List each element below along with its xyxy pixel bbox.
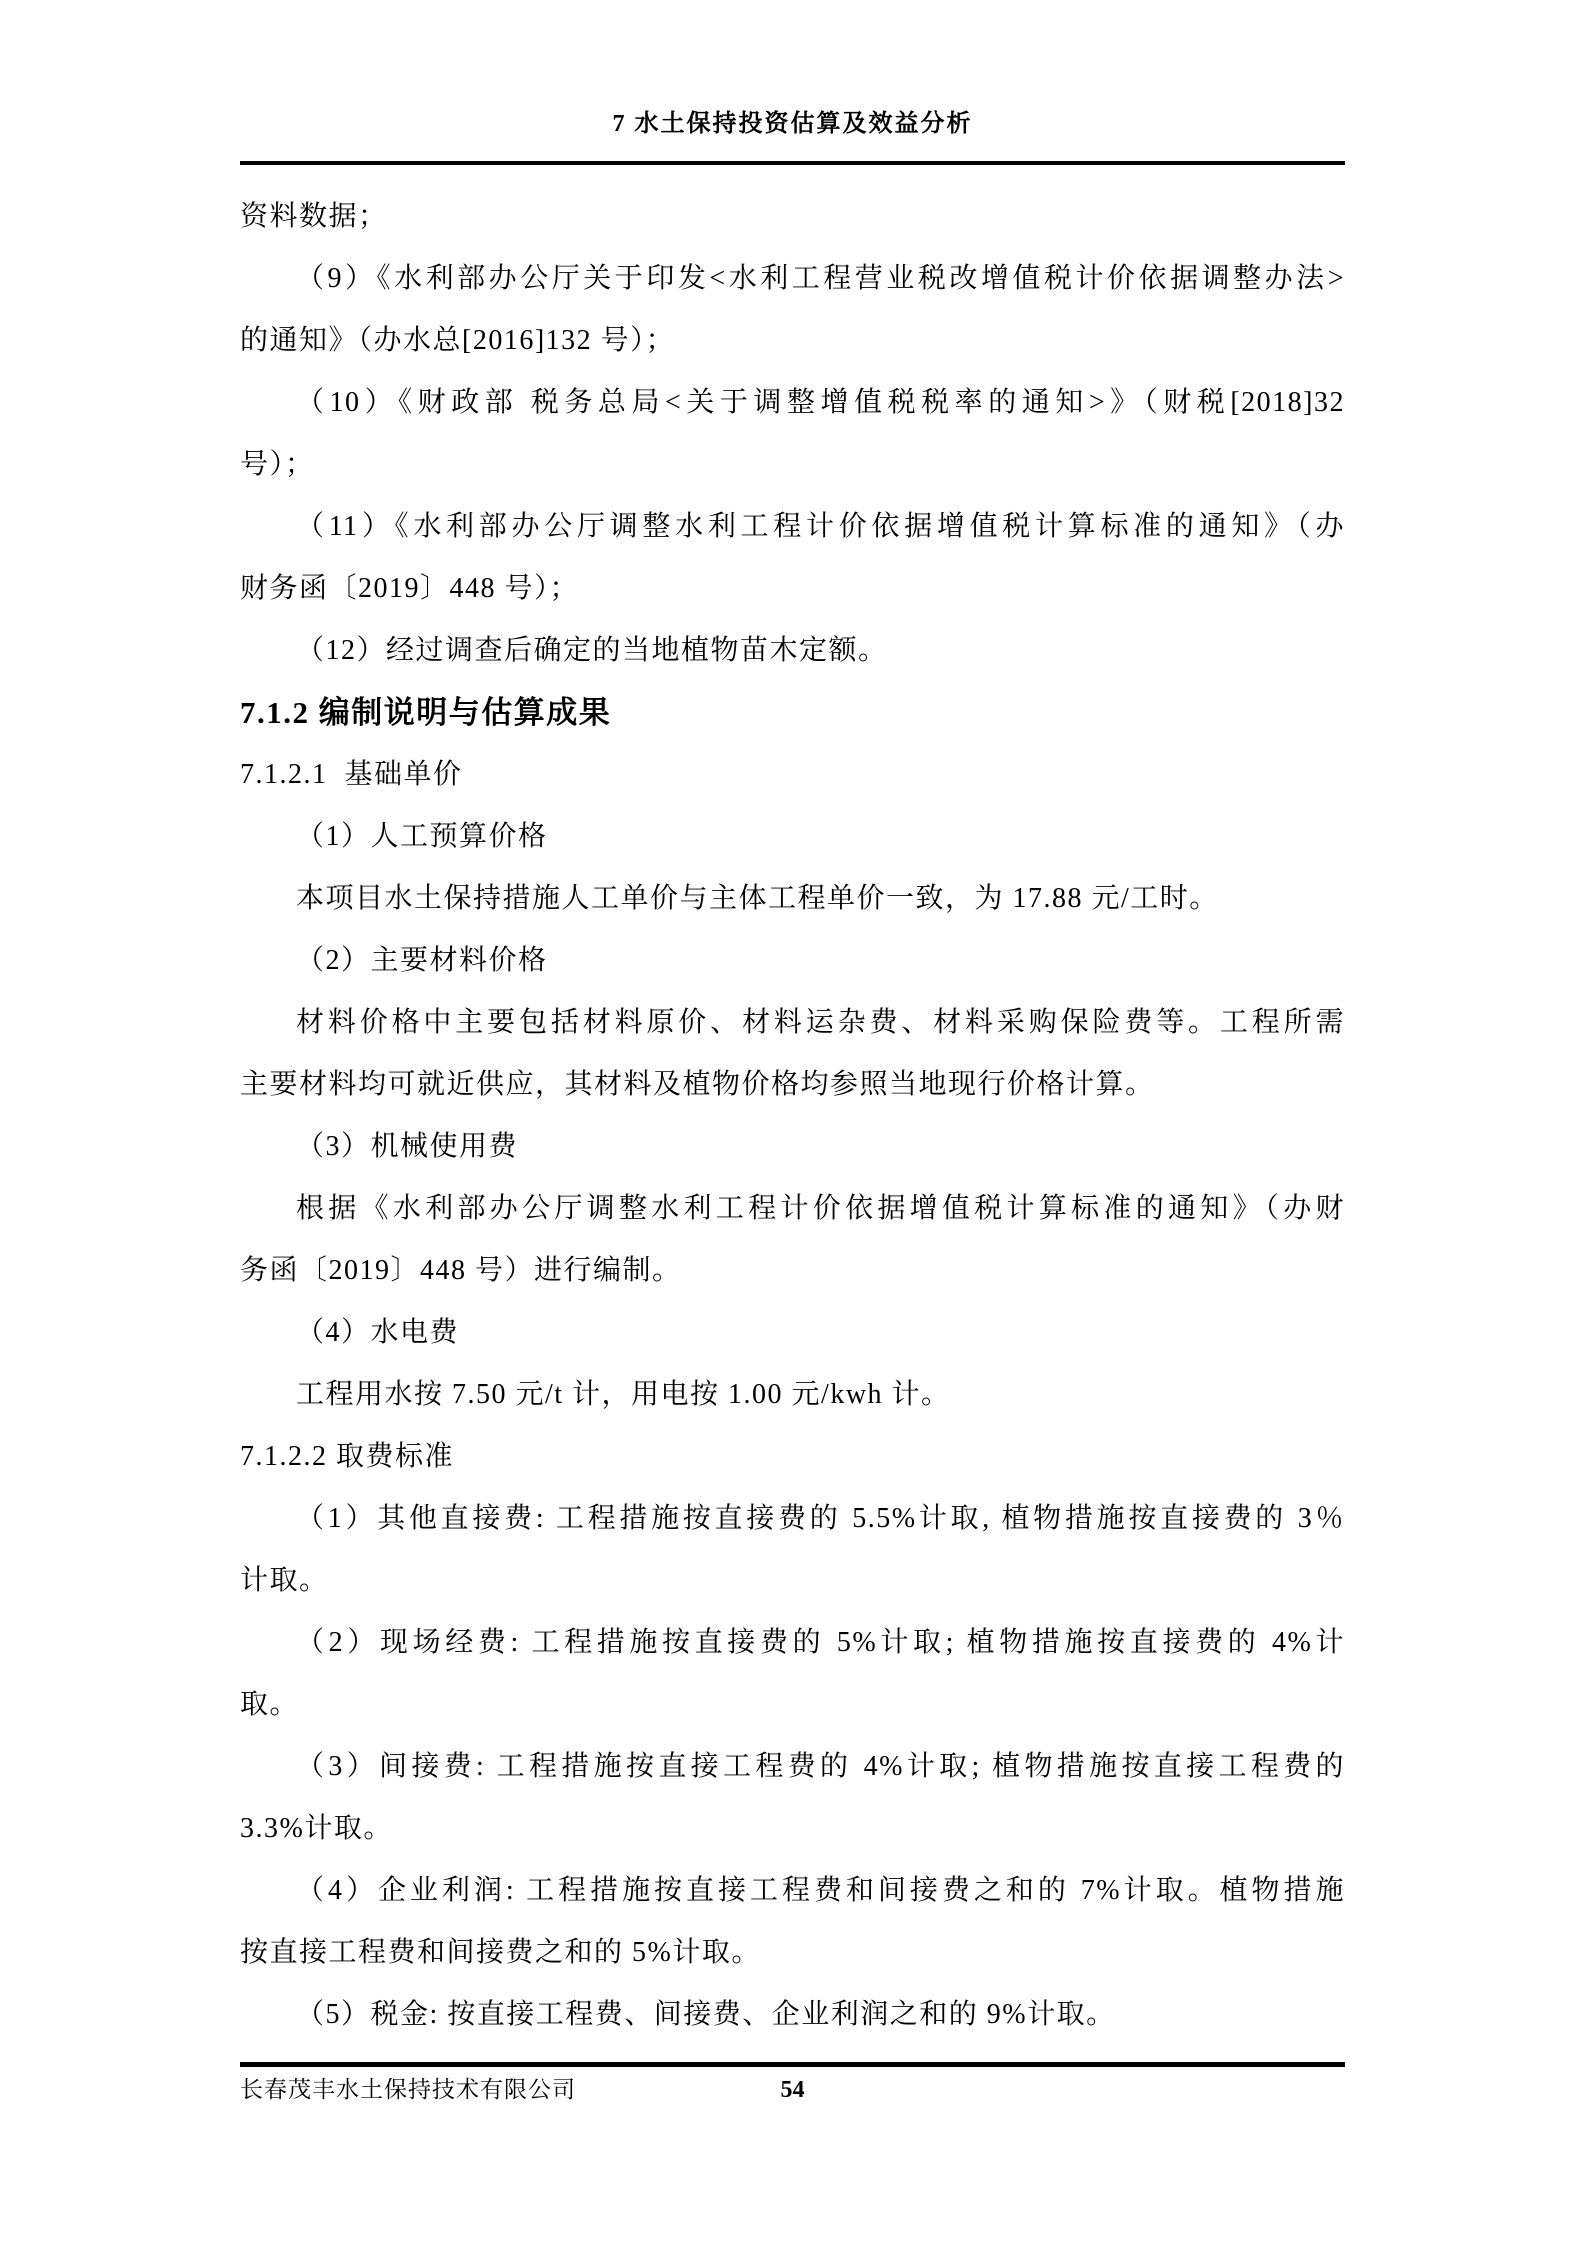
text-line: （9）《水利部办公厅关于印发<水利工程营业税改增值税计价依据调整办法> [240, 248, 1345, 310]
section-heading: 7.1.2 编制说明与估算成果 [240, 682, 1345, 744]
text-line: （1）其他直接费: 工程措施按直接费的 5.5%计取, 植物措施按直接费的 3％ [240, 1488, 1345, 1550]
text-line: （1）人工预算价格 [240, 806, 1345, 868]
document-page: 7 水土保持投资估算及效益分析 资料数据；（9）《水利部办公厅关于印发<水利工程… [0, 0, 1587, 2245]
text-line: 的通知》（办水总[2016]132 号）； [240, 310, 1345, 372]
footer-divider [240, 2062, 1345, 2067]
section-heading: 7.1.2.1 基础单价 [240, 744, 1345, 806]
text-line: 3.3%计取。 [240, 1798, 1345, 1860]
text-line: 务函〔2019〕448 号）进行编制。 [240, 1240, 1345, 1302]
text-line: 根据《水利部办公厅调整水利工程计价依据增值税计算标准的通知》（办财 [240, 1178, 1345, 1240]
text-line: 材料价格中主要包括材料原价、材料运杂费、材料采购保险费等。工程所需 [240, 992, 1345, 1054]
text-line: 主要材料均可就近供应，其材料及植物价格均参照当地现行价格计算。 [240, 1054, 1345, 1116]
text-line: （5）税金: 按直接工程费、间接费、企业利润之和的 9%计取。 [240, 1984, 1345, 2046]
text-line: （11）《水利部办公厅调整水利工程计价依据增值税计算标准的通知》（办 [240, 496, 1345, 558]
text-line: （2）主要材料价格 [240, 930, 1345, 992]
text-line: （4）企业利润: 工程措施按直接工程费和间接费之和的 7%计取。植物措施 [240, 1860, 1345, 1922]
text-line: （4）水电费 [240, 1302, 1345, 1364]
header-divider [240, 161, 1345, 165]
section-heading: 7.1.2.2 取费标准 [240, 1426, 1345, 1488]
text-line: （2）现场经费: 工程措施按直接费的 5%计取; 植物措施按直接费的 4%计 [240, 1612, 1345, 1674]
text-line: 取。 [240, 1674, 1345, 1736]
text-line: 号）； [240, 434, 1345, 496]
text-line: （12）经过调查后确定的当地植物苗木定额。 [240, 620, 1345, 682]
text-line: 本项目水土保持措施人工单价与主体工程单价一致，为 17.88 元/工时。 [240, 868, 1345, 930]
text-line: （3）机械使用费 [240, 1116, 1345, 1178]
page-header-title: 7 水土保持投资估算及效益分析 [240, 106, 1345, 142]
page-number: 54 [240, 2074, 1345, 2106]
text-line: 按直接工程费和间接费之和的 5%计取。 [240, 1922, 1345, 1984]
text-line: （10）《财政部 税务总局<关于调整增值税税率的通知>》（财税[2018]32 [240, 372, 1345, 434]
text-line: 财务函〔2019〕448 号）； [240, 558, 1345, 620]
text-line: 计取。 [240, 1550, 1345, 1612]
text-line: 工程用水按 7.50 元/t 计，用电按 1.00 元/kwh 计。 [240, 1364, 1345, 1426]
body-lines: 资料数据；（9）《水利部办公厅关于印发<水利工程营业税改增值税计价依据调整办法>… [240, 186, 1345, 2046]
text-line: 资料数据； [240, 186, 1345, 248]
text-line: （3）间接费: 工程措施按直接工程费的 4%计取; 植物措施按直接工程费的 [240, 1736, 1345, 1798]
